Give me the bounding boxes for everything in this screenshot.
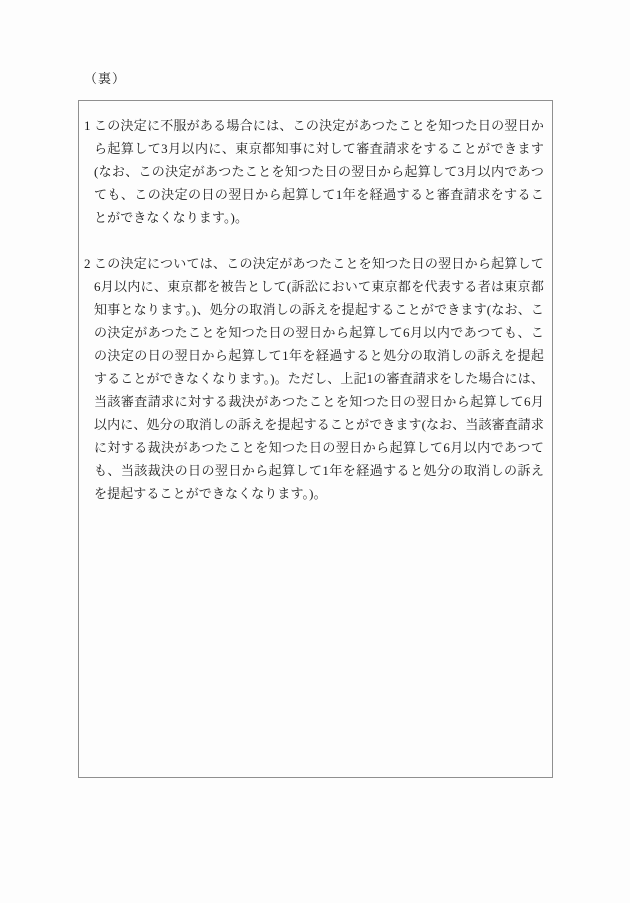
paragraph-text: この決定に不服がある場合には、この決定があつたことを知つた日の翌日から起算して3…	[94, 118, 544, 225]
paragraph-number: 2	[84, 252, 94, 275]
back-side-label: （裏）	[84, 70, 126, 88]
paragraph-number: 1	[84, 114, 94, 137]
appeal-paragraph-lawsuit: 2 この決定については、この決定があつたことを知つた日の翌日から起算して6月以内…	[84, 252, 544, 505]
appeal-paragraph-review-request: 1 この決定に不服がある場合には、この決定があつたことを知つた日の翌日から起算し…	[84, 114, 544, 229]
appeal-notice-box: 1 この決定に不服がある場合には、この決定があつたことを知つた日の翌日から起算し…	[78, 100, 553, 778]
paragraph-text: この決定については、この決定があつたことを知つた日の翌日から起算して6月以内に、…	[94, 256, 544, 501]
document-page-back: （裏） 1 この決定に不服がある場合には、この決定があつたことを知つた日の翌日か…	[0, 0, 630, 903]
